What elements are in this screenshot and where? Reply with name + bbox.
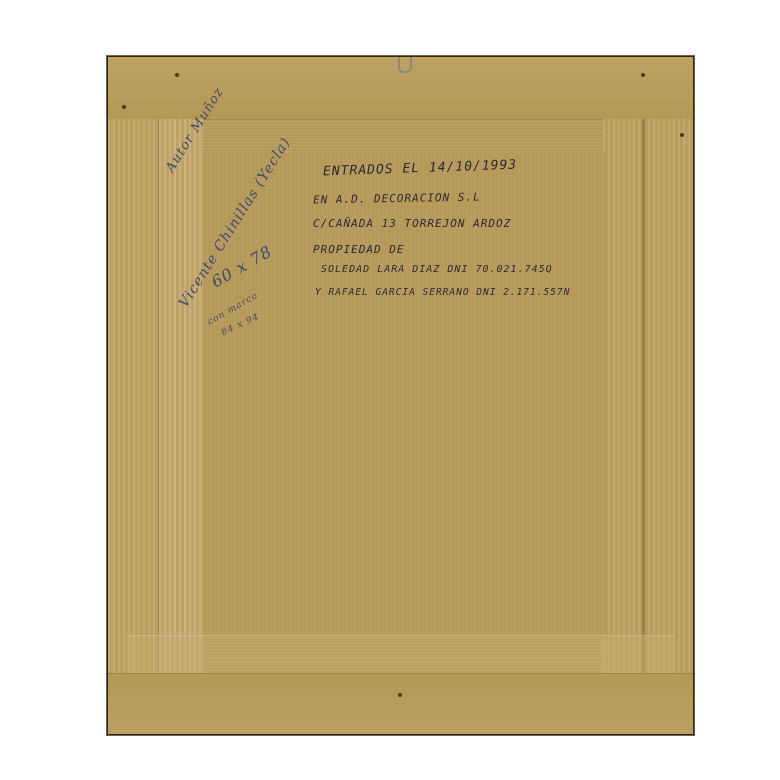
- tape-lower-strip: [126, 635, 675, 674]
- inscription-line-6: Y RAFAEL GARCIA SERRANO DNI 2.171.557N: [315, 287, 570, 298]
- tape-bottom: [108, 673, 693, 734]
- tape-right: [603, 119, 693, 674]
- tape-right-seam: [642, 119, 645, 674]
- inscription-line-5: SOLEDAD LARA DIAZ DNI 70.021.745Q: [321, 264, 553, 275]
- nail-icon: [175, 73, 179, 77]
- picture-frame-back: ENTRADOS EL 14/10/1993 EN A.D. DECORACIO…: [107, 56, 694, 735]
- nail-icon: [680, 133, 684, 137]
- inscription-line-4: PROPIEDAD DE: [313, 243, 404, 256]
- nail-icon: [122, 105, 126, 109]
- inscription-line-3: C/CAÑADA 13 TORREJON ARDOZ: [313, 217, 511, 230]
- hanging-hook-icon: [398, 57, 412, 73]
- nail-icon: [398, 693, 402, 697]
- tape-left-inner: [158, 119, 204, 674]
- nail-icon: [641, 73, 645, 77]
